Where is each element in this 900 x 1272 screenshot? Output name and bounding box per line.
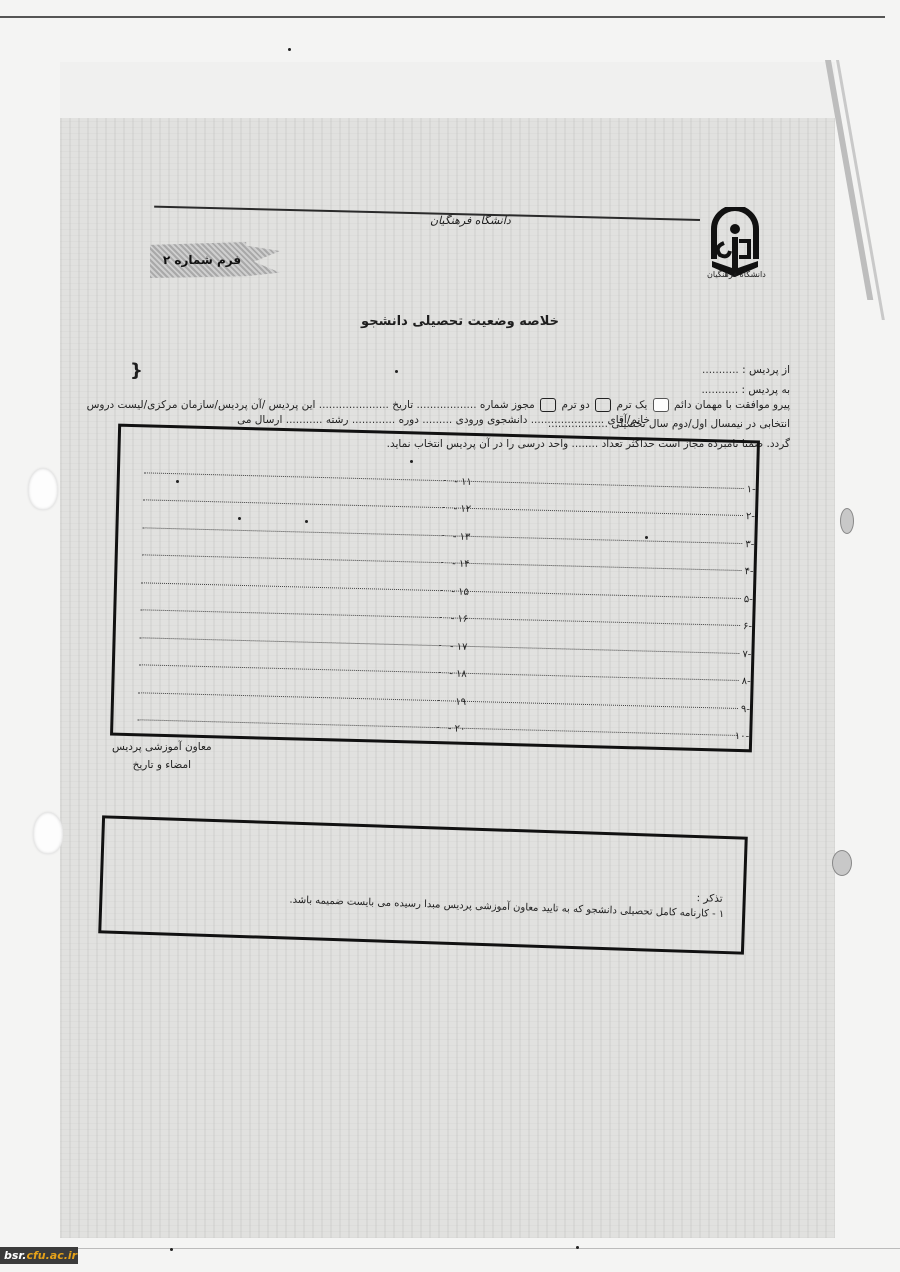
one-term-label: یک ترم [616,399,647,411]
course-row-number: -۱۰ [735,731,750,742]
course-row-number: ۱۶ - [451,613,469,624]
notes-box: تذکر : ۱ - کارنامه کامل تحصیلی دانشجو که… [98,815,748,954]
course-period-field[interactable]: ............. [352,414,395,426]
permanent-guest-label: پیرو موافقت با مهمان دائم [674,399,790,411]
scan-speck [170,1248,173,1251]
form-number-label: فرم شماره ۲ [160,253,244,267]
campus-options-text: این پردیس /آن پردیس/سازمان مرکزی/لیست در… [87,399,316,411]
date-label: تاریخ [392,399,413,411]
scan-speck [395,370,398,373]
university-name: دانشگاه فرهنگیان [430,214,511,227]
scan-speck [176,480,179,483]
course-list-box: -۱-۲-۳-۴-۵-۶-۷-۸-۹-۱۰ ۱۱ -۱۲ -۱۳ -۱۴ -۱۵… [110,424,760,753]
course-row-number: -۹ [741,704,750,715]
course-row-number: ۱۹ [455,696,466,707]
semester-line: انتخابی در نیمسال اول/دوم سال تحصیلی ...… [548,418,790,430]
entry-year-label: دانشجوی ورودی [456,414,528,426]
course-row-number: ۱۷ - [450,641,468,652]
course-row-number: ۱۴ - [452,558,470,569]
deputy-title: معاون آموزشی پردیس [112,738,212,756]
course-row-number: -۷ [742,649,751,660]
scan-speck [238,517,241,520]
to-campus-line: به پردیس : ........... [701,384,790,396]
notes-title: تذکر : [696,892,722,905]
course-row-number: ۱۸ - [449,668,467,679]
from-campus-label: از پردیس : [742,364,790,376]
course-row-number: ۱۲ - [453,503,471,514]
approval-line: پیرو موافقت با مهمان دائم یک ترم دو ترم … [87,398,790,412]
permit-number-label: مجوز شماره [480,399,535,411]
entry-year-field[interactable]: ......... [422,414,452,426]
from-campus-field[interactable]: ........... [702,364,739,376]
logo-caption: دانشگاه فرهنگیان [707,270,766,279]
scan-speck [305,520,308,523]
course-row-number: -۳ [745,539,754,550]
permanent-guest-checkbox[interactable] [653,398,669,412]
course-row-number: -۲ [746,511,755,522]
major-label: رشته [326,414,349,426]
course-row-number: -۱ [747,484,756,495]
course-period-label: دوره [399,414,419,426]
course-row-number: ۱۱ - [454,476,472,487]
sign-date-label: امضاء و تاریخ [112,756,212,774]
source-watermark: bsr.cfu.ac.ir [0,1247,78,1264]
scan-speck [410,460,413,463]
major-field[interactable]: ........... [286,414,323,426]
course-row-number: ۲۰ - [448,723,466,734]
course-row-number: ۱۳ - [453,531,471,542]
course-row-number: -۶ [743,621,752,632]
to-campus-field[interactable]: ........... [701,384,738,396]
course-column-right: -۱-۲-۳-۴-۵-۶-۷-۸-۹-۱۰ [437,453,744,736]
course-column-left: ۱۱ -۱۲ -۱۳ -۱۴ -۱۵ -۱۶ -۱۷ -۱۸ -۱۹۲۰ - [137,445,444,728]
course-row-number: -۵ [744,594,753,605]
course-row-number: -۸ [742,676,751,687]
scan-speck [288,48,291,51]
two-terms-label: دو ترم [561,399,589,411]
course-row-number: ۱۵ - [451,586,469,597]
academic-year-field[interactable]: .................. [548,418,608,430]
date-field[interactable]: ..................... [319,399,389,411]
semester-label: انتخابی در نیمسال اول/دوم سال تحصیلی [611,418,790,430]
send-text: ارسال می [237,414,282,426]
bracket-mark: { [130,360,143,381]
two-terms-checkbox[interactable] [540,398,556,412]
one-term-checkbox[interactable] [595,398,611,412]
watermark-prefix: bsr. [4,1249,26,1262]
scan-speck [576,1246,579,1249]
document-title: خلاصه وضعیت تحصیلی دانشجو [360,314,560,329]
header-rule [154,206,700,221]
course-row-number: -۴ [744,566,753,577]
signature-block: معاون آموزشی پردیس امضاء و تاریخ [112,738,212,774]
note-item: ۱ - کارنامه کامل تحصیلی دانشجو که به تای… [289,895,724,920]
permit-number-field[interactable]: .................. [416,399,476,411]
from-campus-line: از پردیس : ........... [702,364,790,376]
to-campus-label: به پردیس : [742,384,790,396]
watermark-domain: cfu.ac.ir [26,1249,77,1262]
document-page: دانشگاه فرهنگیان دانشگاه فرهنگیان فرم شم… [0,0,900,1272]
scan-speck [645,536,648,539]
